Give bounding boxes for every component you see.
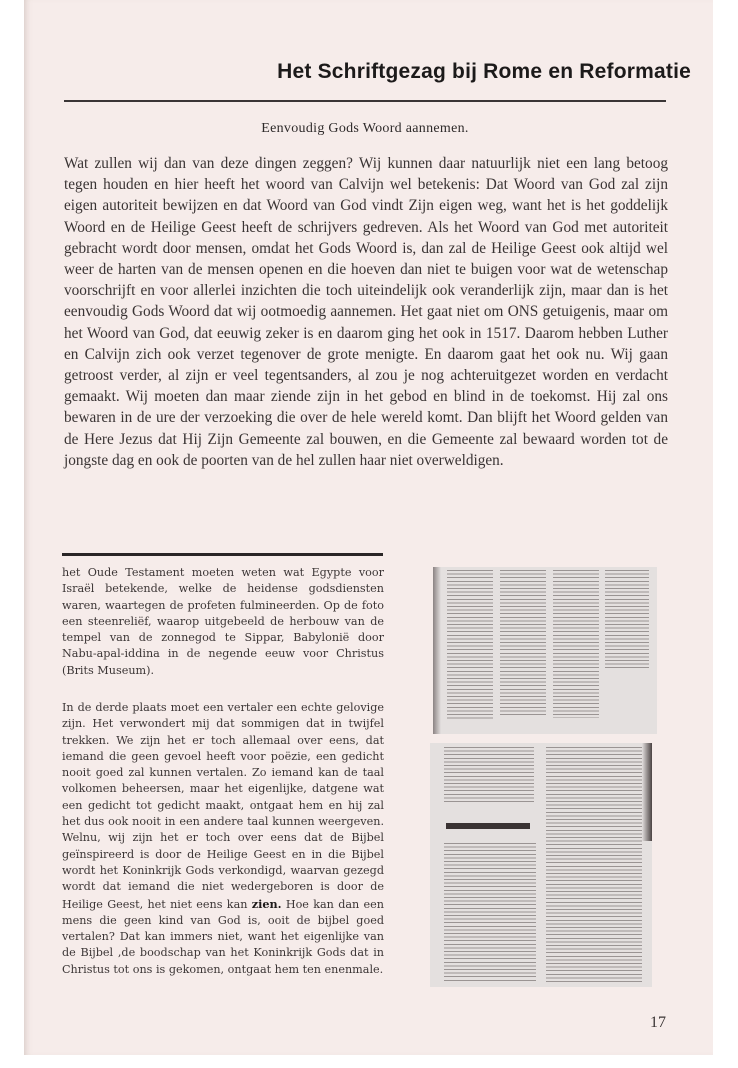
manuscript-text-column bbox=[605, 570, 649, 670]
section-heading: Eenvoudig Gods Woord aannemen. bbox=[64, 121, 666, 137]
manuscript-text-column bbox=[447, 570, 493, 720]
bold-word: zien. bbox=[252, 897, 282, 911]
manuscript-text-column bbox=[546, 747, 642, 983]
manuscript-text-column bbox=[500, 570, 546, 716]
page-title: Het Schriftgezag bij Rome en Reformatie bbox=[84, 60, 691, 84]
manuscript-photo-four-columns bbox=[433, 567, 657, 734]
manuscript-heading-band bbox=[446, 823, 530, 829]
document-page: Het Schriftgezag bij Rome en Reformatie … bbox=[24, 0, 713, 1055]
paragraph-text: In de derde plaats moet een vertaler een… bbox=[62, 701, 384, 911]
column-paragraph-translator: In de derde plaats moet een vertaler een… bbox=[62, 700, 384, 978]
manuscript-text-column bbox=[444, 843, 536, 983]
column-rule bbox=[62, 553, 383, 556]
photo-edge-shadow bbox=[433, 567, 441, 734]
main-paragraph: Wat zullen wij dan van deze dingen zegge… bbox=[64, 153, 668, 471]
photo-edge-shadow bbox=[642, 743, 652, 841]
manuscript-photo-two-columns bbox=[430, 743, 652, 987]
page-number: 17 bbox=[650, 1014, 666, 1032]
manuscript-text-column bbox=[553, 570, 599, 718]
header-rule bbox=[64, 100, 666, 102]
manuscript-text-column bbox=[444, 747, 534, 803]
column-paragraph-caption: het Oude Testament moeten weten wat Egyp… bbox=[62, 565, 384, 679]
